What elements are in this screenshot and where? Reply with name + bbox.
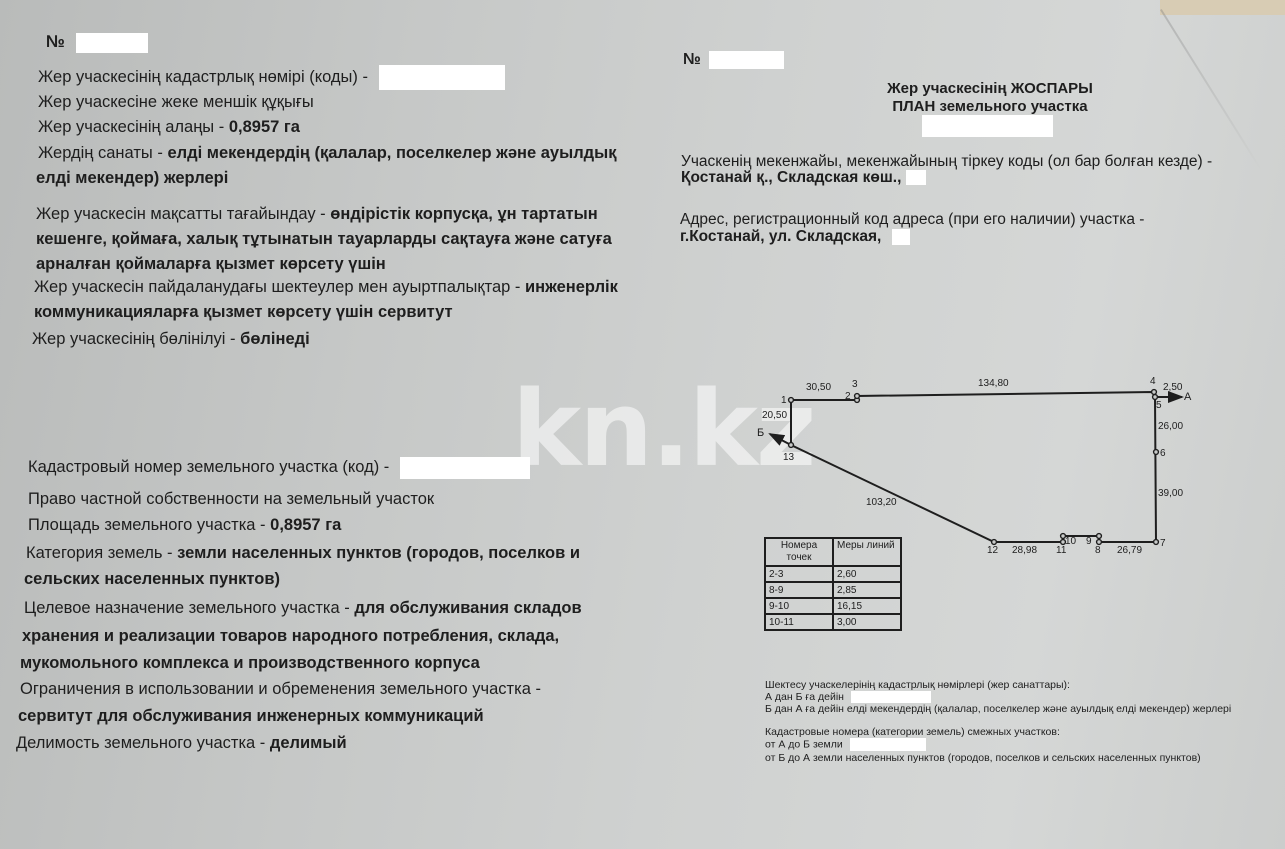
svg-text:6: 6 (1160, 448, 1166, 459)
svg-text:13: 13 (783, 452, 795, 463)
svg-text:Б: Б (757, 427, 764, 439)
line-measures-table: Номера точек Меры линий 2-3 2,60 8-9 2,8… (764, 537, 902, 631)
svg-text:9: 9 (1086, 536, 1092, 547)
svg-text:20,50: 20,50 (762, 410, 787, 421)
redacted-adjacent-number (851, 691, 931, 703)
boundary-points (789, 390, 1159, 545)
redacted-adjacent-number (850, 738, 926, 751)
land-plot-plan: 1 2 3 4 5 6 7 8 9 10 11 12 13 30,50 134,… (0, 0, 1285, 849)
svg-text:103,20: 103,20 (866, 497, 897, 508)
svg-text:3: 3 (852, 379, 858, 390)
adjacent-kz-title: Шектесу учаскелерінің кадастрлық нөмірле… (765, 679, 1070, 691)
adjacent-ru-title: Кадастровые номера (категории земель) см… (765, 726, 1060, 738)
col-header-points: Номера точек (765, 538, 833, 566)
svg-text:134,80: 134,80 (978, 378, 1009, 389)
col-header-measures: Меры линий (833, 538, 901, 566)
adjacent-ru-b-to-a: от Б до А земли населенных пунктов (горо… (765, 752, 1201, 764)
adjacent-kz-a-to-b: А дан Б ға дейін (765, 691, 931, 703)
svg-text:11: 11 (1056, 545, 1067, 556)
adjacent-kz-b-to-a: Б дан А ға дейін елді мекендердің (қалал… (765, 703, 1231, 715)
svg-text:1: 1 (781, 395, 787, 406)
table-row: 2-3 2,60 (765, 566, 901, 582)
adjacent-ru-a-to-b: от А до Б земли (765, 738, 926, 751)
segment-labels: 30,50 134,80 2,50 26,00 39,00 26,79 28,9… (757, 378, 1192, 556)
svg-text:39,00: 39,00 (1158, 488, 1183, 499)
svg-text:2: 2 (845, 391, 851, 402)
svg-text:10: 10 (1065, 536, 1077, 547)
svg-text:8: 8 (1095, 545, 1101, 556)
svg-text:7: 7 (1160, 538, 1166, 549)
svg-text:12: 12 (987, 545, 999, 556)
svg-text:30,50: 30,50 (806, 382, 831, 393)
point-labels: 1 2 3 4 5 6 7 8 9 10 11 12 13 (781, 376, 1166, 556)
table-row: 9-10 16,15 (765, 598, 901, 614)
svg-text:4: 4 (1150, 376, 1156, 387)
svg-text:2,50: 2,50 (1163, 382, 1183, 393)
svg-text:26,00: 26,00 (1158, 421, 1183, 432)
svg-text:5: 5 (1156, 400, 1162, 411)
svg-text:26,79: 26,79 (1117, 545, 1142, 556)
svg-text:А: А (1184, 391, 1192, 403)
table-row: 10-11 3,00 (765, 614, 901, 630)
svg-text:28,98: 28,98 (1012, 545, 1037, 556)
table-row: 8-9 2,85 (765, 582, 901, 598)
